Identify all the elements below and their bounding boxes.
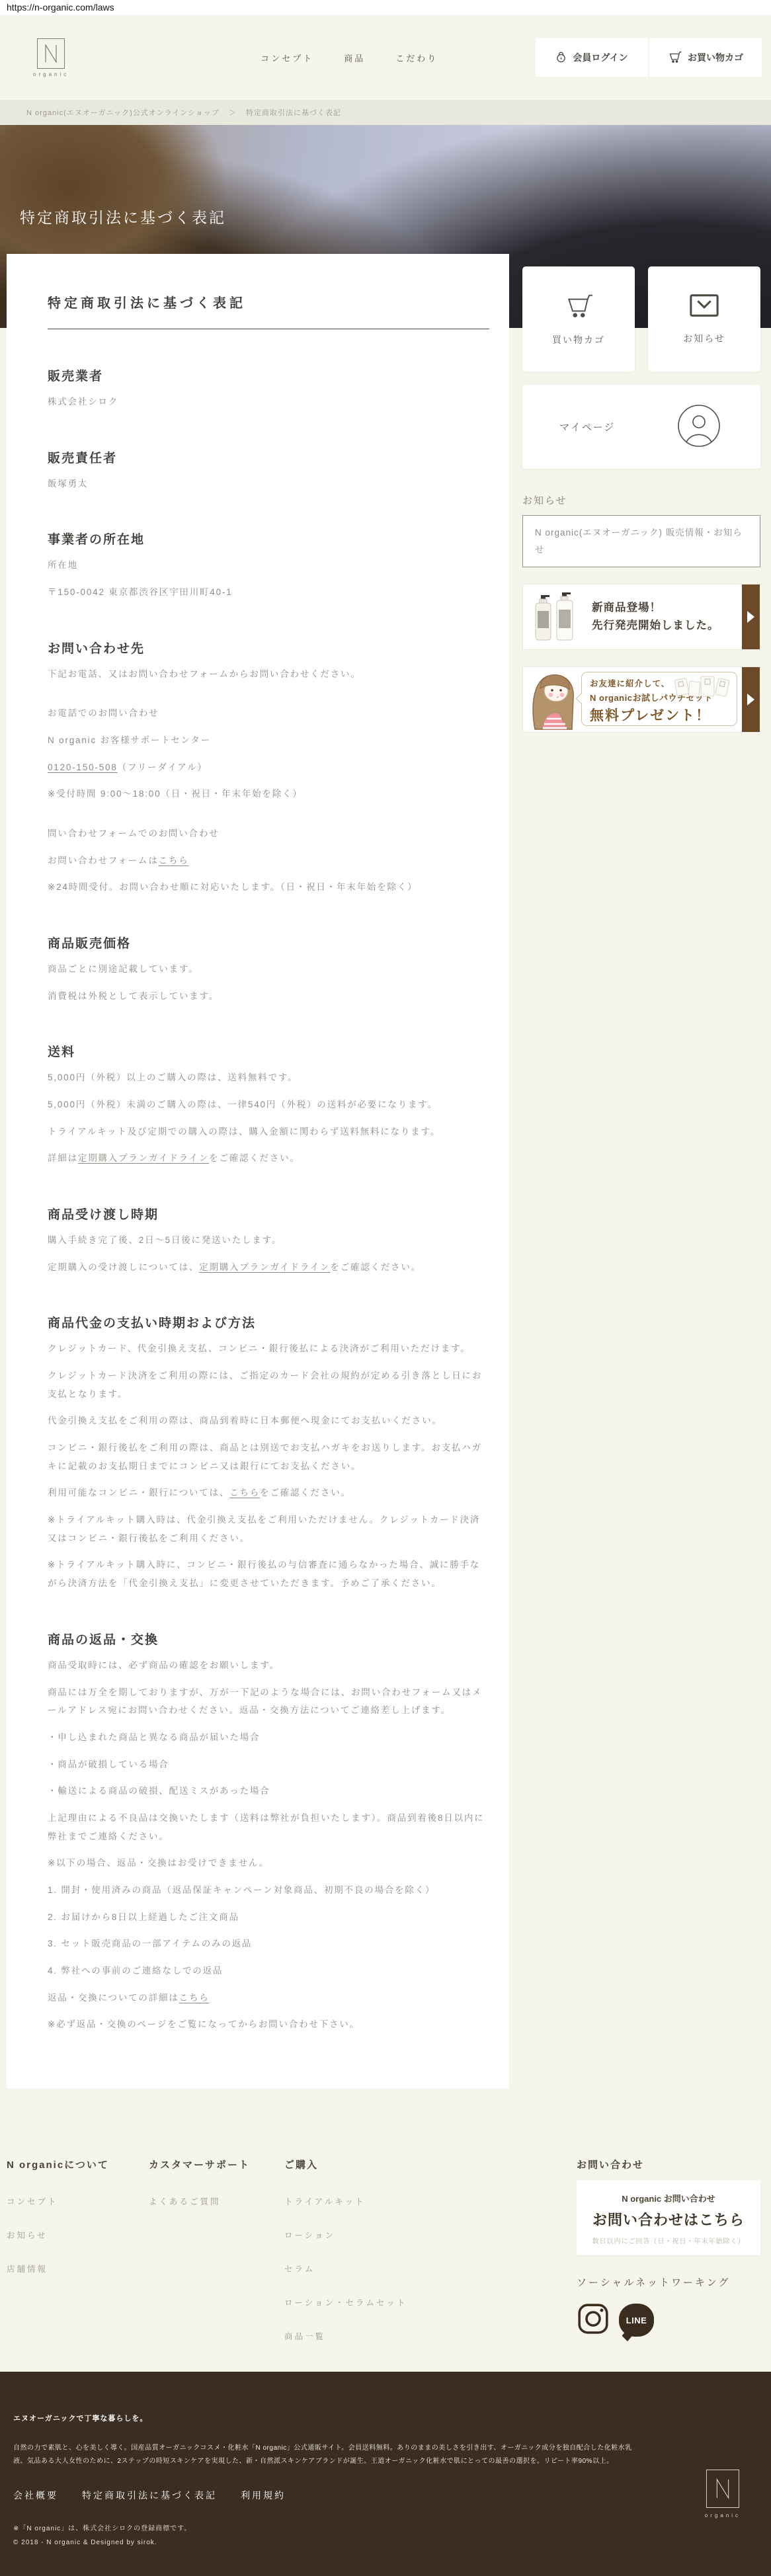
body-line: 詳細は定期購入プランガイドラインをご確認ください。 [48,1149,489,1168]
legal-links: 会社概要特定商取引法に基づく表記利用規約 [13,2489,745,2502]
legal-link[interactable]: 特定商取引法に基づく表記 [82,2489,217,2502]
body-line: ※トライアルキット購入時に、コンビニ・銀行後払の与信審査に通らなかった場合、誠に… [48,1556,489,1592]
sidebar-cart-card[interactable]: 買い物カゴ [522,266,635,372]
breadcrumb-root-link[interactable]: N organic(エヌオーガニック)公式オンラインショップ [26,107,220,118]
law-section-4: 商品販売価格商品ごとに別途記載しています。消費税は外税として表示しています。 [48,934,489,1005]
page-title: 特定商取引法に基づく表記 [48,292,489,329]
law-section-7: 商品代金の支払い時期および方法クレジットカード、代金引換え支払、コンビニ・銀行後… [48,1313,489,1592]
law-section-2: 事業者の所在地所在地〒150-0042 東京都渋谷区宇田川町40-1 [48,530,489,601]
nav-item-2[interactable]: こだわり [395,52,438,64]
user-icon [677,404,721,450]
instagram-icon[interactable] [577,2302,610,2339]
arrow-icon [742,667,760,732]
footer-link[interactable]: セラム [284,2263,483,2274]
arrow-icon [742,584,760,649]
body-line: 0120-150-508（フリーダイアル） [48,758,489,777]
inline-link[interactable]: 定期購入プランガイドライン [78,1153,209,1163]
footer-column-heading: ご購入 [284,2157,483,2171]
body-line: お問い合わせフォームはこちら [48,852,489,870]
brand-n-glyph [706,2470,739,2508]
body-line: ・商品が破損している場合 [48,1755,489,1774]
legal-description: 自然の力で素肌と、心を美しく導く。国産品質オーガニックコスメ・化粧水「N org… [13,2442,641,2469]
brand-logo[interactable]: organic [33,38,69,77]
body-line: 1. 開封・使用済みの商品（返品保証キャンペーン対象商品、初期不良の場合を除く） [48,1881,489,1900]
brand-sub-label: organic [705,2513,741,2518]
legal-footer: エヌオーガニックで丁寧な暮らしを。 自然の力で素肌と、心を美しく導く。国産品質オ… [0,2372,771,2576]
banner-new-product[interactable]: 新商品登場！先行発売開始しました。 [522,584,760,650]
footer-column-1: カスタマーサポートよくあるご質問 [149,2157,284,2364]
body-line: 消費税は外税として表示しています。 [48,987,489,1006]
body-line: 返品・交換についての詳細はこちら [48,1989,489,2007]
contact-card-cta: お問い合わせはこちら [582,2209,755,2230]
body-line: 上記理由による不良品は交換いたします（送料は弊社が負担いたします）。商品到着後8… [48,1809,489,1845]
sidebar-mypage-label: マイページ [559,420,615,434]
body-line: トライアルキット及び定期での購入の際は、購入金額に関わらず送料無料になります。 [48,1123,489,1141]
footer-link[interactable]: よくあるご質問 [149,2195,284,2207]
site-footer: N organicについてコンセプトお知らせ店舗情報カスタマーサポートよくあるご… [0,2089,771,2372]
body-line: クレジットカード、代金引換え支払、コンビニ・銀行後払による決済がご利用いただけま… [48,1340,489,1358]
sidebar-notice-label: お知らせ [683,332,725,345]
footer-link[interactable]: お知らせ [7,2229,149,2241]
brand-n-glyph [37,38,65,69]
pouch-set-illustration [673,674,734,706]
cart-icon [564,292,593,321]
product-bottles-illustration [523,590,592,644]
banner-new-product-text: 新商品登場！先行発売開始しました。 [592,599,719,635]
body-line: 〒150-0042 東京都渋谷区宇田川町40-1 [48,583,489,602]
banner-text-line: 先行発売開始しました。 [592,617,719,635]
inline-link[interactable]: こちら [229,1488,260,1498]
login-button-label: 会員ログイン [573,51,628,64]
law-section-6: 商品受け渡し時期購入手続き完了後、2日〜5日後に発送いたします。定期購入の受け渡… [48,1205,489,1276]
inline-link[interactable]: こちら [159,856,189,865]
body-line: 購入手続き完了後、2日〜5日後に発送いたします。 [48,1231,489,1250]
body-line: ※24時間受付。お問い合わせ順に対応いたします。（日・祝日・年末年始を除く） [48,878,489,897]
cart-icon [668,50,682,65]
inline-link[interactable]: 定期購入プランガイドライン [199,1262,330,1272]
main-nav: コンセプト商品こだわり [261,52,438,64]
sidebar-news-box-link[interactable]: N organic(エヌオーガニック) 販売情報・お知らせ [522,515,760,567]
contact-card-note: 数日以内にご回答（日・祝日・年末年始除く） [582,2235,755,2245]
inline-link[interactable]: こちら [179,1993,210,2003]
body-line: 5,000円（外税）以上のご購入の際は、送料無料です。 [48,1068,489,1087]
footer-link[interactable]: 商品一覧 [284,2330,483,2342]
social-heading: ソーシャルネットワーキング [577,2275,760,2289]
nav-item-0[interactable]: コンセプト [261,52,313,64]
body-line: 4. 弊社への事前のご連絡なしでの返品 [48,1962,489,1980]
breadcrumb: N organic(エヌオーガニック)公式オンラインショップ ＞ 特定商取引法に… [0,100,771,125]
lock-icon [555,51,567,65]
section-heading: 商品代金の支払い時期および方法 [48,1313,489,1331]
content: 特定商取引法に基づく表記 販売業者株式会社シロク販売責任者飯塚勇太事業者の所在地… [0,254,771,2089]
law-card: 特定商取引法に基づく表記 販売業者株式会社シロク販売責任者飯塚勇太事業者の所在地… [7,254,509,2089]
section-heading: 事業者の所在地 [48,530,489,547]
footer-link[interactable]: トライアルキット [284,2195,483,2207]
footer-column-heading: カスタマーサポート [149,2157,284,2171]
footer-link[interactable]: コンセプト [7,2195,149,2207]
body-line: ※以下の場合、返品・交換はお受けできません。 [48,1854,489,1872]
browser-url: https://n-organic.com/laws [0,0,771,15]
section-heading: 販売責任者 [48,448,489,466]
sidebar-notice-card[interactable]: お知らせ [648,266,760,372]
law-sections: 販売業者株式会社シロク販売責任者飯塚勇太事業者の所在地所在地〒150-0042 … [48,366,489,2034]
footer-brand-logo: organic [705,2470,741,2518]
section-heading: 商品の返品・交換 [48,1630,489,1648]
sidebar: 買い物カゴ お知らせ マイページ お知らせ [522,266,760,733]
body-line: 問い合わせフォームでのお問い合わせ [48,825,489,843]
hero-title: 特定商取引法に基づく表記 [20,206,226,227]
footer-link[interactable]: ローション・セラムセット [284,2296,483,2308]
breadcrumb-current: 特定商取引法に基づく表記 [246,107,341,118]
body-line: 5,000円（外税）未満のご購入の際は、一律540円（外税）の送料が必要になりま… [48,1096,489,1114]
banner-referral-gift[interactable]: お友達に紹介して、N organicお試しパウチセット無料プレゼント！ [522,666,760,733]
sidebar-cart-label: 買い物カゴ [552,333,605,346]
body-line: ・申し込まれた商品と異なる商品が届いた場合 [48,1728,489,1747]
law-section-5: 送料5,000円（外税）以上のご購入の際は、送料無料です。5,000円（外税）未… [48,1042,489,1168]
body-line: 商品には万全を期しておりますが、万が一下記のような場合には、お問い合わせフォーム… [48,1683,489,1720]
contact-card-brand: N organic お問い合わせ [582,2192,755,2204]
body-line: ・輸送による商品の破損、配送ミスがあった場合 [48,1782,489,1800]
section-heading: 商品受け渡し時期 [48,1205,489,1223]
section-heading: お問い合わせ先 [48,639,489,657]
body-line: 商品受取時には、必ず商品の確認をお願いします。 [48,1656,489,1675]
login-button[interactable]: 会員ログイン [536,38,648,77]
header-cart-button[interactable]: お買い物カゴ [649,38,762,77]
section-heading: 商品販売価格 [48,934,489,951]
body-line: 所在地 [48,556,489,575]
legal-link[interactable]: 利用規約 [241,2489,286,2502]
brand-sub-label: organic [33,71,69,77]
body-line: 定期購入の受け渡しについては、定期購入プランガイドラインをご確認ください。 [48,1258,489,1277]
footer-link[interactable]: ローション [284,2229,483,2241]
sidebar-mypage-card[interactable]: マイページ [522,385,760,469]
body-line: 飯塚勇太 [48,475,489,493]
body-line: 代金引換え支払をご利用の際は、商品到着時に日本郵便へ現金にてお支払いください。 [48,1412,489,1430]
body-line: 商品ごとに別途記載しています。 [48,960,489,979]
line-icon[interactable]: LINE [619,2304,654,2337]
footer-column-0: N organicについてコンセプトお知らせ店舗情報 [7,2157,149,2364]
cart-button-label: お買い物カゴ [688,51,743,64]
footer-link[interactable]: 店舗情報 [7,2263,149,2274]
body-line: クレジットカード決済をご利用の際には、ご指定のカード会社の規約が定める引き落とし… [48,1367,489,1403]
body-line: ※トライアルキット購入時は、代金引換え支払をご利用いただけません。クレジットカー… [48,1511,489,1547]
section-heading: 送料 [48,1042,489,1060]
legal-link[interactable]: 会社概要 [13,2489,58,2502]
site-header: organic コンセプト商品こだわり 会員ログイン お買い物カゴ [0,15,771,100]
body-line: ※受付時間 9:00〜18:00（日・祝日・年末年始を除く） [48,785,489,803]
section-heading: 販売業者 [48,366,489,384]
body-line: ※必ず返品・交換のページをご覧になってからお問い合わせ下さい。 [48,2015,489,2034]
body-line: N organic お客様サポートセンター [48,731,489,750]
legal-tagline: エヌオーガニックで丁寧な暮らしを。 [13,2413,745,2423]
footer-column-heading: N organicについて [7,2157,149,2171]
girl-illustration [527,668,584,733]
banner-text-line: 新商品登場！ [592,599,719,617]
law-section-3: お問い合わせ先下記お電話、又はお問い合わせフォームからお問い合わせください。お電… [48,639,489,897]
banner-text-line: 無料プレゼント！ [590,705,730,725]
law-section-8: 商品の返品・交換商品受取時には、必ず商品の確認をお願いします。商品には万全を期し… [48,1630,489,2034]
copyright: © 2018 - N organic & Designed by sirok. [13,2536,745,2550]
body-line: 下記お電話、又はお問い合わせフォームからお問い合わせください。 [48,665,489,684]
body-line: 株式会社シロク [48,393,489,411]
law-section-0: 販売業者株式会社シロク [48,366,489,411]
body-line: 3. セット販売商品の一部アイテムのみの返品 [48,1935,489,1953]
trademark-note: ※「N organic」は、株式会社シロクの登録商標です。 [13,2522,745,2536]
inline-link[interactable]: 0120-150-508 [48,762,118,772]
body-line: 利用可能なコンビニ・銀行については、こちらをご確認ください。 [48,1484,489,1502]
body-line: コンビニ・銀行後払をご利用の際は、商品とは別送でお支払ハガキをお送りします。お支… [48,1439,489,1475]
footer-columns: N organicについてコンセプトお知らせ店舗情報カスタマーサポートよくあるご… [7,2157,483,2364]
mail-icon [689,293,719,320]
contact-card-link[interactable]: N organic お問い合わせ お問い合わせはこちら 数日以内にご回答（日・祝… [577,2181,760,2255]
footer-column-2: ご購入トライアルキットローションセラムローション・セラムセット商品一覧 [284,2157,483,2364]
header-buttons: 会員ログイン お買い物カゴ [536,38,762,77]
banner-referral-bubble: お友達に紹介して、N organicお試しパウチセット無料プレゼント！ [581,672,737,726]
footer-contact: お問い合わせ N organic お問い合わせ お問い合わせはこちら 数日以内に… [577,2157,760,2364]
law-section-1: 販売責任者飯塚勇太 [48,448,489,493]
breadcrumb-separator: ＞ [229,107,237,118]
footer-contact-heading: お問い合わせ [577,2157,760,2171]
body-line: 2. お届けから8日以上経過したご注文商品 [48,1908,489,1927]
sidebar-news-heading: お知らせ [522,493,760,507]
nav-item-1[interactable]: 商品 [344,52,365,64]
body-line: お電話でのお問い合わせ [48,704,489,723]
